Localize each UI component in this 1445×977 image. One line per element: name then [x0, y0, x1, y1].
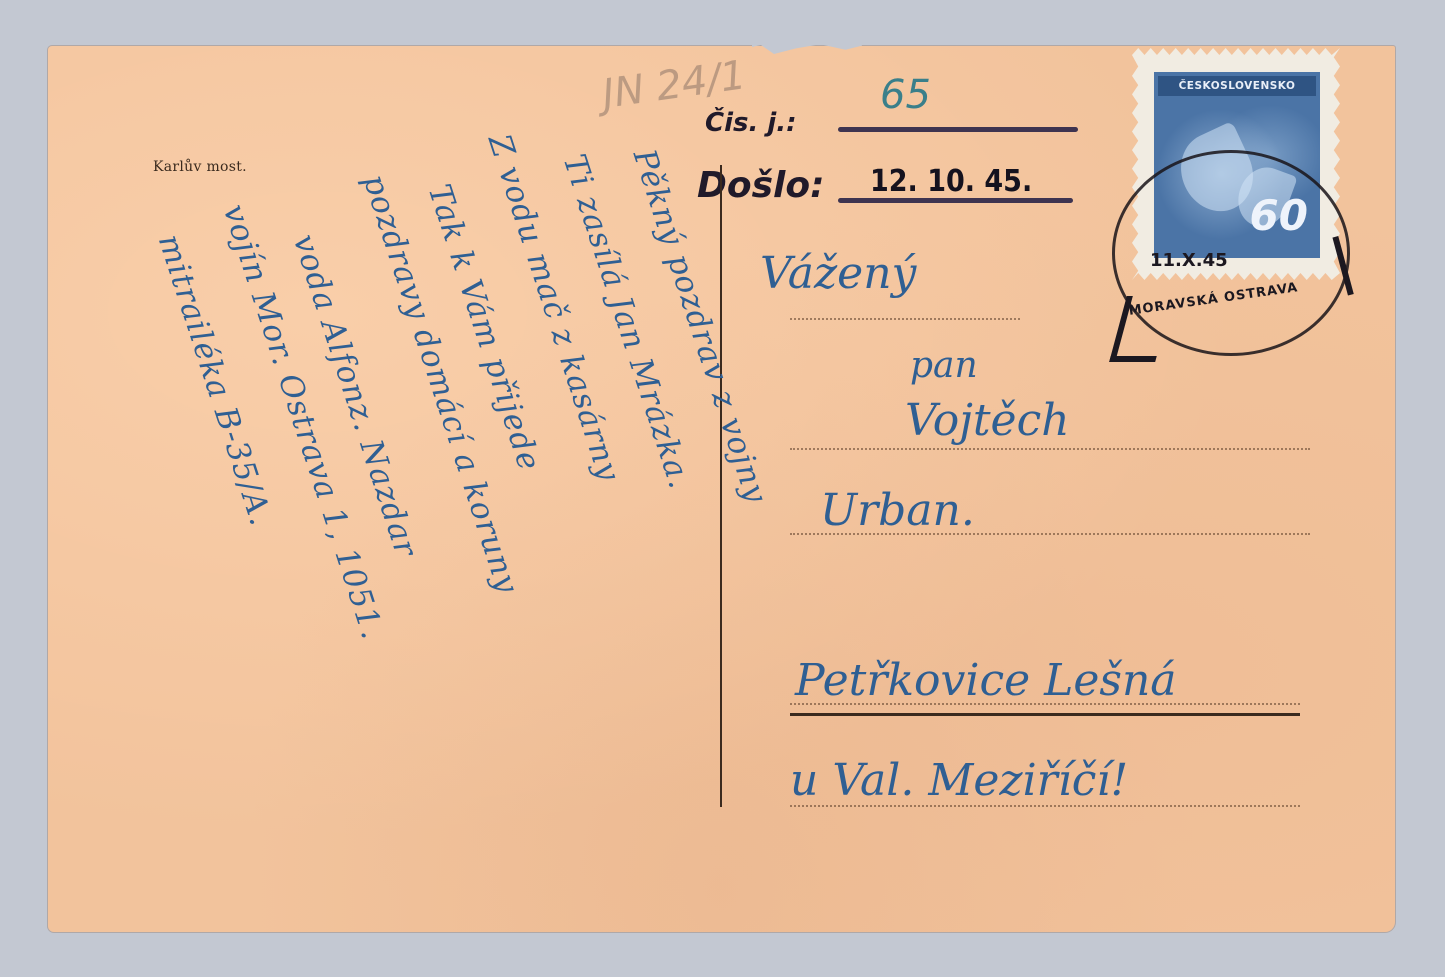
address-last-name: Urban.: [820, 485, 975, 536]
postmark-date: 11.X.45: [1150, 250, 1228, 271]
reference-number: 65: [880, 72, 931, 118]
address-title: pan: [910, 345, 978, 386]
reference-underline: [838, 127, 1078, 132]
address-line: [790, 448, 1310, 450]
reference-label: Čis. j.:: [705, 108, 797, 138]
address-divider: [720, 165, 722, 807]
address-underline: [790, 713, 1300, 716]
address-region: u Val. Meziříčí!: [790, 755, 1128, 806]
stamp-country: ČESKOSLOVENSKO: [1158, 76, 1316, 96]
received-label: Došlo:: [697, 165, 825, 206]
received-underline: [838, 198, 1073, 203]
address-place: Petřkovice Lešná: [795, 655, 1177, 706]
address-first-name: Vojtěch: [905, 395, 1070, 446]
received-date: 12. 10. 45.: [870, 164, 1032, 199]
address-line: [790, 318, 1020, 320]
address-salutation: Vážený: [760, 248, 916, 299]
postcard-caption: Karlův most.: [153, 159, 247, 175]
